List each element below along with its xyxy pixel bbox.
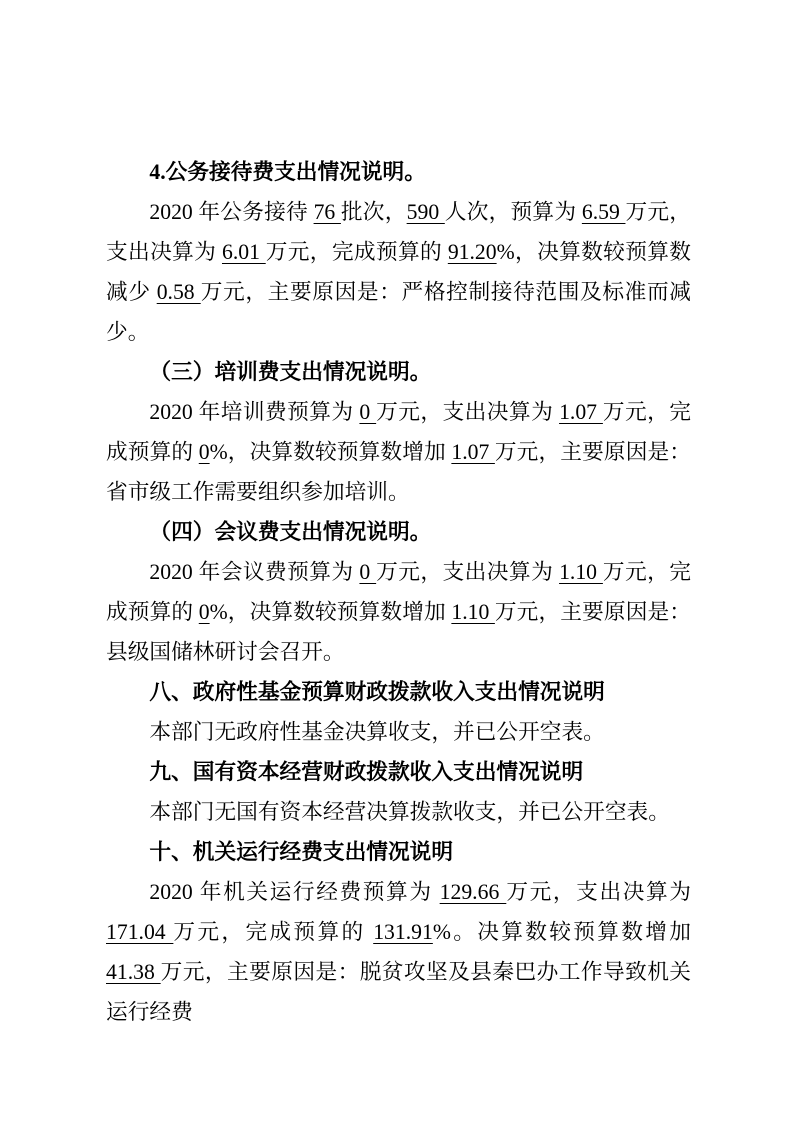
underlined-value: 6.01 [222,240,266,264]
text-run: %。决算数较预算数增加 [433,920,691,944]
underlined-value: 6.59 [582,200,626,224]
text-run: 本部门无政府性基金决算收支，并已公开空表。 [149,720,604,744]
document-page: 4.公务接待费支出情况说明。2020 年公务接待 76 批次，590 人次，预算… [0,0,793,1122]
underlined-value: 0 [359,560,376,584]
underlined-value: 0.58 [157,280,201,304]
section-9-heading: 九、国有资本经营财政拨款收入支出情况说明 [106,752,691,792]
text-run: （四）会议费支出情况说明。 [149,520,431,544]
meeting-fee-heading: （四）会议费支出情况说明。 [106,512,691,552]
official-reception-heading: 4.公务接待费支出情况说明。 [106,152,691,192]
section-8-heading: 八、政府性基金预算财政拨款收入支出情况说明 [106,672,691,712]
underlined-value: 0 [199,600,210,624]
text-run: 万元，完成预算的 [266,240,448,264]
text-run: 本部门无国有资本经营决算拨款收支，并已公开空表。 [149,800,670,824]
underlined-value: 590 [407,200,445,224]
text-run: 八、政府性基金预算财政拨款收入支出情况说明 [149,679,604,704]
text-run: （三）培训费支出情况说明。 [149,360,431,384]
training-fee-heading: （三）培训费支出情况说明。 [106,352,691,392]
text-run: 万元，支出决算为 [376,560,559,584]
official-reception-paragraph: 2020 年公务接待 76 批次，590 人次，预算为 6.59 万元，支出决算… [106,192,691,352]
text-run: %，决算数较预算数增加 [210,440,452,464]
text-run: 万元，主要原因是：脱贫攻坚及县秦巴办工作导致机关运行经费 [106,960,691,1024]
underlined-value: 91.20 [448,240,497,264]
underlined-value: 41.38 [106,960,161,984]
text-run: 4.公务接待费支出情况说明。 [149,160,426,184]
document-content: 4.公务接待费支出情况说明。2020 年公务接待 76 批次，590 人次，预算… [106,152,691,1032]
meeting-fee-paragraph: 2020 年会议费预算为 0 万元，支出决算为 1.10 万元，完成预算的 0%… [106,552,691,672]
text-run: 批次， [341,200,407,224]
text-run: 万元，完成预算的 [173,920,373,944]
text-run: 2020 年培训费预算为 [149,400,359,424]
underlined-value: 1.07 [559,400,603,424]
training-fee-paragraph: 2020 年培训费预算为 0 万元，支出决算为 1.07 万元，完成预算的 0%… [106,392,691,512]
underlined-value: 1.07 [451,440,495,464]
section-8-paragraph: 本部门无政府性基金决算收支，并已公开空表。 [106,712,691,752]
underlined-value: 1.10 [559,560,603,584]
text-run: 2020 年公务接待 [149,200,313,224]
text-run: 人次，预算为 [445,200,582,224]
text-run: 2020 年会议费预算为 [149,560,359,584]
underlined-value: 131.91 [373,920,433,944]
text-run: 2020 年机关运行经费预算为 [149,880,439,904]
text-run: 十、机关运行经费支出情况说明 [149,839,453,864]
underlined-value: 129.66 [440,880,507,904]
underlined-value: 1.10 [451,600,495,624]
text-run: 万元，支出决算为 [506,880,691,904]
underlined-value: 0 [359,400,376,424]
section-10-paragraph: 2020 年机关运行经费预算为 129.66 万元，支出决算为 171.04 万… [106,872,691,1032]
text-run: 万元，支出决算为 [376,400,559,424]
section-10-heading: 十、机关运行经费支出情况说明 [106,832,691,872]
text-run: %，决算数较预算数增加 [210,600,452,624]
text-run: 九、国有资本经营财政拨款收入支出情况说明 [149,759,583,784]
underlined-value: 171.04 [106,920,173,944]
underlined-value: 76 [314,200,341,224]
section-9-paragraph: 本部门无国有资本经营决算拨款收支，并已公开空表。 [106,792,691,832]
underlined-value: 0 [199,440,210,464]
